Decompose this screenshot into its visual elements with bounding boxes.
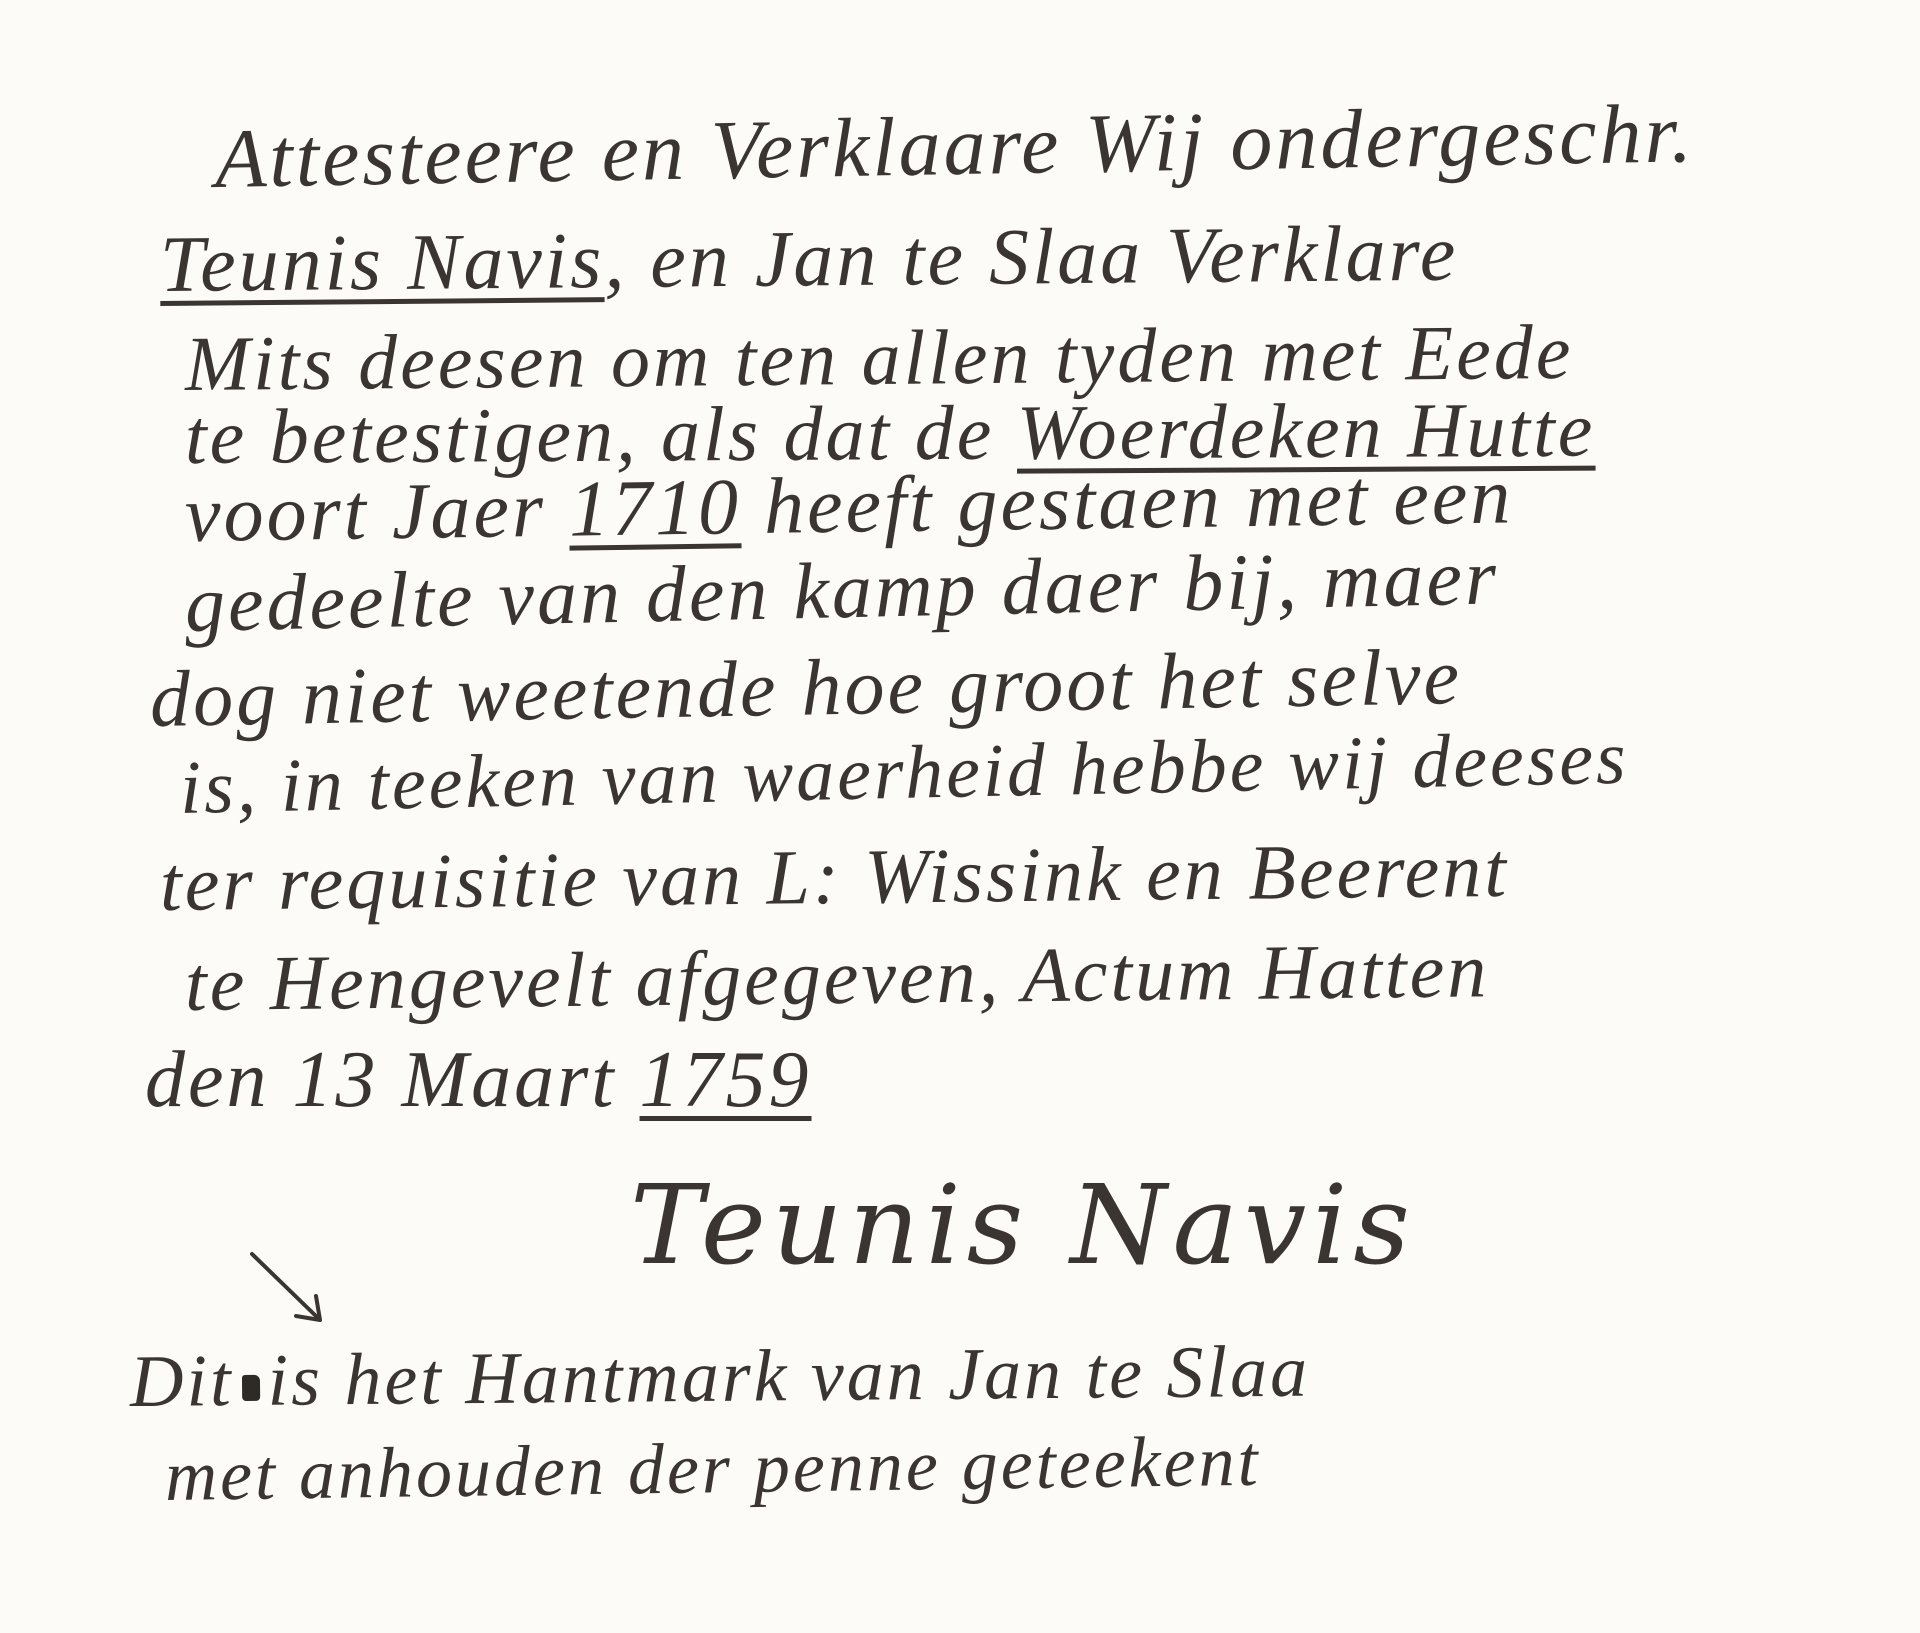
text-line-1: Attesteere en Verklaare Wij ondergeschr.: [214, 92, 1695, 202]
hand-mark-icon: [242, 1375, 260, 1401]
year-1759: 1759: [640, 1036, 812, 1124]
text-line-11: den 13 Maart 1759: [145, 1040, 812, 1120]
text-line-10: te Hengevelt afgegeven, Actum Hatten: [185, 931, 1490, 1023]
document-page: Attesteere en Verklaare Wij ondergeschr.…: [0, 0, 1920, 1633]
arrow-icon: [248, 1250, 328, 1330]
footer-line-2: met anhouden der penne geteekent: [164, 1425, 1261, 1512]
text-line-9: ter requisitie van L: Wissink en Beerent: [160, 831, 1510, 923]
year-1710: 1710: [568, 463, 741, 553]
footer-line-1-rest: is het Hantmark van Jan te Slaa: [267, 1331, 1310, 1422]
signature-teunis-navis: Teunis Navis: [630, 1170, 1416, 1280]
name-teunis-navis: Teunis Navis: [160, 217, 605, 309]
line-2-rest: , en Jan te Slaa Verklare: [604, 210, 1459, 305]
footer-line-1: Ditis het Hantmark van Jan te Slaa: [130, 1335, 1311, 1419]
line-5-start: voort Jaer: [184, 466, 569, 559]
footer-dit: Dit: [130, 1340, 234, 1423]
text-line-2: Teunis Navis, en Jan te Slaa Verklare: [160, 214, 1459, 305]
date-text: den 13 Maart: [145, 1036, 640, 1124]
